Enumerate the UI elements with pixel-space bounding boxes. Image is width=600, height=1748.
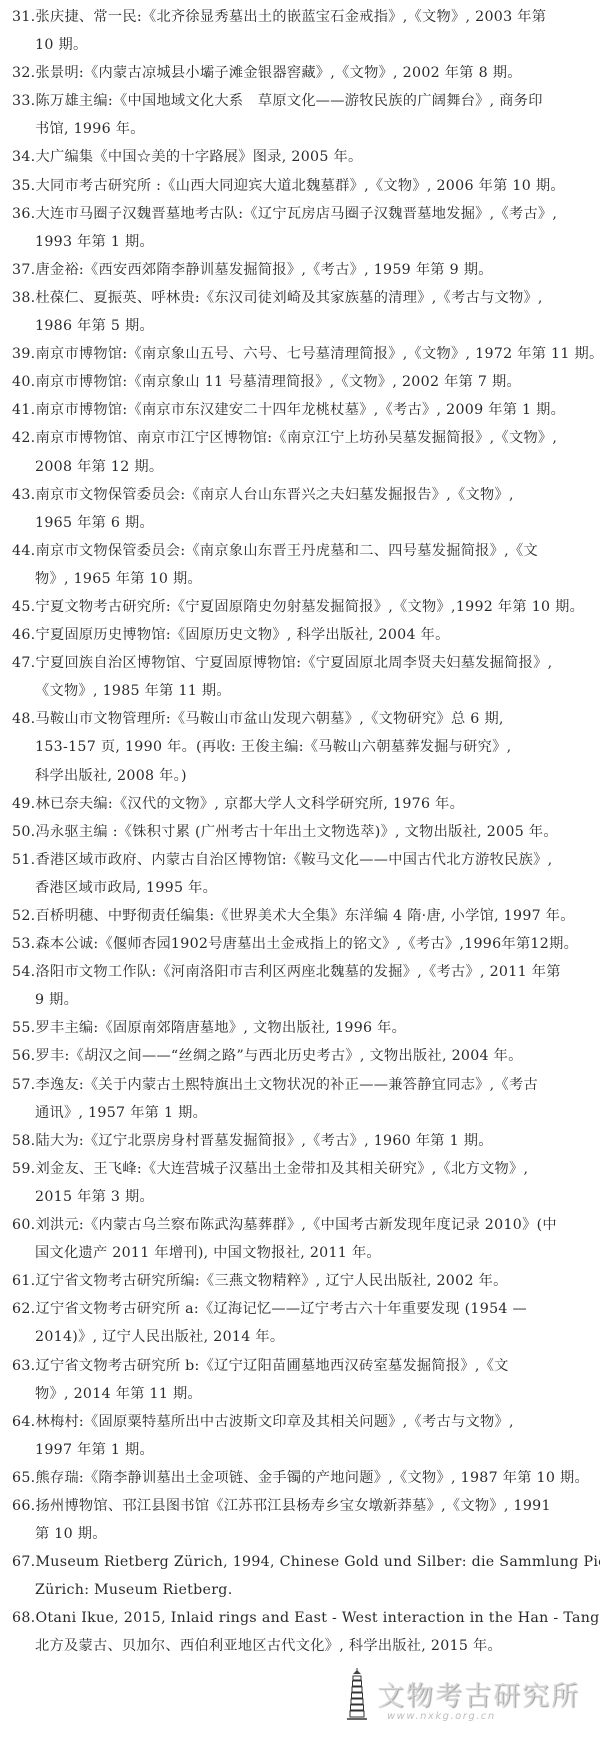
- reference-number: 34.: [12, 149, 35, 165]
- reference-text: 李逸友:《关于内蒙古土熙特旗出土文物状况的补正——兼答静宜同志》,《考古: [35, 1077, 537, 1093]
- reference-first-line: 32.张景明:《内蒙古凉城县小壩子滩金银器窖藏》,《文物》, 2002 年第 8…: [12, 59, 592, 87]
- reference-number: 31.: [12, 9, 35, 25]
- reference-first-line: 46.宁夏固原历史博物馆:《固原历史文物》, 科学出版社, 2004 年。: [12, 621, 592, 649]
- reference-item: 49.林已奈夫编:《汉代的文物》, 京都大学人文科学研究所, 1976 年。: [12, 790, 592, 818]
- reference-item: 43.南京市文物保管委员会:《南京人台山东晋兴之夫妇墓发掘报告》,《文物》,19…: [12, 481, 592, 537]
- reference-text: 南京市博物馆:《南京象山 11 号墓清理简报》,《文物》, 2002 年第 7 …: [35, 374, 521, 390]
- reference-list: 31.张庆捷、常一民:《北齐徐显秀墓出土的嵌蓝宝石金戒指》,《文物》, 2003…: [12, 3, 592, 1661]
- reference-number: 62.: [12, 1301, 35, 1317]
- reference-text: 书馆, 1996 年。: [35, 121, 145, 137]
- reference-continuation-line: 1986 年第 5 期。: [12, 312, 592, 340]
- reference-text: 1986 年第 5 期。: [35, 318, 154, 334]
- reference-first-line: 54.洛阳市文物工作队:《河南洛阳市吉利区两座北魏墓的发掘》,《考古》, 201…: [12, 958, 592, 986]
- reference-number: 64.: [12, 1414, 35, 1430]
- reference-first-line: 66.扬州博物馆、邗江县图书馆《江苏邗江县杨寿乡宝女墩新莽墓》,《文物》, 19…: [12, 1492, 592, 1520]
- reference-first-line: 34.大广编集《中国☆美的十字路展》图录, 2005 年。: [12, 143, 592, 171]
- reference-item: 35.大同市考古研究所 :《山西大同迎宾大道北魏墓群》,《文物》, 2006 年…: [12, 172, 592, 200]
- reference-first-line: 67.Museum Rietberg Zürich, 1994, Chinese…: [12, 1548, 592, 1576]
- reference-first-line: 41.南京市博物馆:《南京市东汉建安二十四年龙桃杖墓》,《考古》, 2009 年…: [12, 396, 592, 424]
- reference-item: 47.宁夏回族自治区博物馆、宁夏固原博物馆:《宁夏固原北周李贤夫妇墓发掘简报》,…: [12, 649, 592, 705]
- reference-text: 林已奈夫编:《汉代的文物》, 京都大学人文科学研究所, 1976 年。: [35, 796, 464, 812]
- reference-number: 60.: [12, 1217, 35, 1233]
- reference-item: 37.唐金裕:《西安西郊隋李静训墓发掘简报》,《考古》, 1959 年第 9 期…: [12, 256, 592, 284]
- reference-number: 32.: [12, 65, 35, 81]
- reference-number: 40.: [12, 374, 35, 390]
- watermark: 文物考古研究所 www.nxkg.org.cn: [347, 1668, 597, 1728]
- reference-text: 南京市文物保管委员会:《南京人台山东晋兴之夫妇墓发掘报告》,《文物》,: [35, 487, 513, 503]
- reference-first-line: 49.林已奈夫编:《汉代的文物》, 京都大学人文科学研究所, 1976 年。: [12, 790, 592, 818]
- reference-item: 36.大连市马圈子汉魏晋墓地考古队:《辽宁瓦房店马圈子汉魏晋墓地发掘》,《考古》…: [12, 200, 592, 256]
- reference-text: 物》, 2014 年第 11 期。: [35, 1386, 202, 1402]
- reference-text: 北方及蒙古、贝加尔、西伯利亚地区古代文化》, 科学出版社, 2015 年。: [35, 1638, 502, 1654]
- reference-text: 辽宁省文物考古研究所 a:《辽海记忆——辽宁考古六十年重要发现 (1954 —: [35, 1301, 527, 1317]
- reference-text: 宁夏回族自治区博物馆、宁夏固原博物馆:《宁夏固原北周李贤夫妇墓发掘简报》,: [35, 655, 552, 671]
- reference-first-line: 50.冯永驱主编 :《铢积寸累 (广州考古十年出土文物选萃)》, 文物出版社, …: [12, 818, 592, 846]
- reference-first-line: 53.森本公诚:《偃师杏园1902号唐墓出土金戒指上的铭文》,《考古》,1996…: [12, 930, 592, 958]
- reference-item: 52.百桥明穗、中野彻责任编集:《世界美术大全集》东洋编 4 隋·唐, 小学馆,…: [12, 902, 592, 930]
- reference-number: 42.: [12, 430, 35, 446]
- reference-text: 森本公诚:《偃师杏园1902号唐墓出土金戒指上的铭文》,《考古》,1996年第1…: [35, 936, 578, 952]
- reference-text: 1997 年第 1 期。: [35, 1442, 154, 1458]
- reference-continuation-line: 物》, 2014 年第 11 期。: [12, 1380, 592, 1408]
- reference-first-line: 55.罗丰主编:《固原南郊隋唐墓地》, 文物出版社, 1996 年。: [12, 1014, 592, 1042]
- reference-first-line: 47.宁夏回族自治区博物馆、宁夏固原博物馆:《宁夏固原北周李贤夫妇墓发掘简报》,: [12, 649, 592, 677]
- reference-item: 33.陈万雄主编:《中国地域文化大系 草原文化——游牧民族的广阔舞台》, 商务印…: [12, 87, 592, 143]
- reference-text: 香港区域市政府、内蒙古自治区博物馆:《鞍马文化——中国古代北方游牧民族》,: [35, 852, 552, 868]
- reference-item: 51.香港区域市政府、内蒙古自治区博物馆:《鞍马文化——中国古代北方游牧民族》,…: [12, 846, 592, 902]
- reference-number: 51.: [12, 852, 35, 868]
- reference-text: 1965 年第 6 期。: [35, 515, 154, 531]
- reference-number: 48.: [12, 711, 35, 727]
- reference-first-line: 42.南京市博物馆、南京市江宁区博物馆:《南京江宁上坊孙吴墓发掘简报》,《文物》…: [12, 424, 592, 452]
- reference-first-line: 59.刘金友、王飞峰:《大连营城子汉墓出土金带扣及其相关研究》,《北方文物》,: [12, 1155, 592, 1183]
- reference-number: 38.: [12, 290, 35, 306]
- reference-item: 63.辽宁省文物考古研究所 b:《辽宁辽阳苗圃墓地西汉砖室墓发掘简报》,《文物》…: [12, 1352, 592, 1408]
- reference-number: 43.: [12, 487, 35, 503]
- pagoda-icon: [347, 1668, 367, 1728]
- reference-text: 2014)》, 辽宁人民出版社, 2014 年。: [35, 1329, 284, 1345]
- reference-continuation-line: 2008 年第 12 期。: [12, 453, 592, 481]
- reference-item: 42.南京市博物馆、南京市江宁区博物馆:《南京江宁上坊孙吴墓发掘简报》,《文物》…: [12, 424, 592, 480]
- reference-text: 熊存瑞:《隋李静训墓出土金项链、金手镯的产地问题》,《文物》, 1987 年第 …: [35, 1470, 589, 1486]
- reference-number: 49.: [12, 796, 35, 812]
- reference-number: 67.: [12, 1554, 35, 1570]
- reference-first-line: 62.辽宁省文物考古研究所 a:《辽海记忆——辽宁考古六十年重要发现 (1954…: [12, 1295, 592, 1323]
- reference-first-line: 31.张庆捷、常一民:《北齐徐显秀墓出土的嵌蓝宝石金戒指》,《文物》, 2003…: [12, 3, 592, 31]
- reference-continuation-line: 北方及蒙古、贝加尔、西伯利亚地区古代文化》, 科学出版社, 2015 年。: [12, 1632, 592, 1660]
- reference-text: 2015 年第 3 期。: [35, 1189, 154, 1205]
- reference-continuation-line: 1965 年第 6 期。: [12, 509, 592, 537]
- reference-text: Zürich: Museum Rietberg.: [35, 1582, 233, 1598]
- reference-item: 45.宁夏文物考古研究所:《宁夏固原隋史勿射墓发掘简报》,《文物》,1992 年…: [12, 593, 592, 621]
- reference-continuation-line: 153-157 页, 1990 年。(再收: 王俊主编:《马鞍山六朝墓葬发掘与研…: [12, 733, 592, 761]
- reference-first-line: 60.刘洪元:《内蒙古乌兰察布陈武沟墓葬群》,《中国考古新发现年度记录 2010…: [12, 1211, 592, 1239]
- reference-first-line: 44.南京市文物保管委员会:《南京象山东晋王丹虎墓和二、四号墓发掘简报》,《文: [12, 537, 592, 565]
- reference-item: 44.南京市文物保管委员会:《南京象山东晋王丹虎墓和二、四号墓发掘简报》,《文物…: [12, 537, 592, 593]
- reference-text: 刘金友、王飞峰:《大连营城子汉墓出土金带扣及其相关研究》,《北方文物》,: [35, 1161, 528, 1177]
- reference-first-line: 48.马鞍山市文物管理所:《马鞍山市盆山发现六朝墓》,《文物研究》总 6 期,: [12, 705, 592, 733]
- reference-item: 62.辽宁省文物考古研究所 a:《辽海记忆——辽宁考古六十年重要发现 (1954…: [12, 1295, 592, 1351]
- reference-continuation-line: 1997 年第 1 期。: [12, 1436, 592, 1464]
- reference-continuation-line: 9 期。: [12, 986, 592, 1014]
- reference-first-line: 35.大同市考古研究所 :《山西大同迎宾大道北魏墓群》,《文物》, 2006 年…: [12, 172, 592, 200]
- reference-continuation-line: 科学出版社, 2008 年。): [12, 762, 592, 790]
- reference-text: 大广编集《中国☆美的十字路展》图录, 2005 年。: [35, 149, 362, 165]
- reference-item: 40.南京市博物馆:《南京象山 11 号墓清理简报》,《文物》, 2002 年第…: [12, 368, 592, 396]
- reference-number: 46.: [12, 627, 35, 643]
- reference-first-line: 43.南京市文物保管委员会:《南京人台山东晋兴之夫妇墓发掘报告》,《文物》,: [12, 481, 592, 509]
- reference-item: 61.辽宁省文物考古研究所编:《三燕文物精粹》, 辽宁人民出版社, 2002 年…: [12, 1267, 592, 1295]
- reference-number: 44.: [12, 543, 35, 559]
- reference-item: 39.南京市博物馆:《南京象山五号、六号、七号墓清理简报》,《文物》, 1972…: [12, 340, 592, 368]
- reference-text: Museum Rietberg Zürich, 1994, Chinese Go…: [35, 1554, 600, 1570]
- reference-first-line: 38.杜葆仁、夏振英、呼林贵:《东汉司徒刘崎及其家族墓的清理》,《考古与文物》,: [12, 284, 592, 312]
- reference-number: 41.: [12, 402, 35, 418]
- reference-item: 56.罗丰:《胡汉之间——“丝绸之路”与西北历史考古》, 文物出版社, 2004…: [12, 1042, 592, 1070]
- reference-number: 65.: [12, 1470, 35, 1486]
- reference-text: 杜葆仁、夏振英、呼林贵:《东汉司徒刘崎及其家族墓的清理》,《考古与文物》,: [35, 290, 542, 306]
- reference-first-line: 45.宁夏文物考古研究所:《宁夏固原隋史勿射墓发掘简报》,《文物》,1992 年…: [12, 593, 592, 621]
- reference-text: 宁夏文物考古研究所:《宁夏固原隋史勿射墓发掘简报》,《文物》,1992 年第 1…: [35, 599, 584, 615]
- reference-item: 41.南京市博物馆:《南京市东汉建安二十四年龙桃杖墓》,《考古》, 2009 年…: [12, 396, 592, 424]
- watermark-url: www.nxkg.org.cn: [387, 1711, 496, 1722]
- reference-number: 47.: [12, 655, 35, 671]
- reference-item: 38.杜葆仁、夏振英、呼林贵:《东汉司徒刘崎及其家族墓的清理》,《考古与文物》,…: [12, 284, 592, 340]
- reference-text: 唐金裕:《西安西郊隋李静训墓发掘简报》,《考古》, 1959 年第 9 期。: [35, 262, 492, 278]
- reference-item: 48.马鞍山市文物管理所:《马鞍山市盆山发现六朝墓》,《文物研究》总 6 期,1…: [12, 705, 592, 789]
- reference-number: 45.: [12, 599, 35, 615]
- reference-number: 36.: [12, 206, 35, 222]
- reference-number: 59.: [12, 1161, 35, 1177]
- reference-text: 大同市考古研究所 :《山西大同迎宾大道北魏墓群》,《文物》, 2006 年第 1…: [35, 178, 564, 194]
- reference-first-line: 57.李逸友:《关于内蒙古土熙特旗出土文物状况的补正——兼答静宜同志》,《考古: [12, 1071, 592, 1099]
- reference-text: 陆大为:《辽宁北票房身村晋墓发掘简报》,《考古》, 1960 年第 1 期。: [35, 1133, 492, 1149]
- reference-text: 冯永驱主编 :《铢积寸累 (广州考古十年出土文物选萃)》, 文物出版社, 200…: [35, 824, 557, 840]
- reference-continuation-line: 2015 年第 3 期。: [12, 1183, 592, 1211]
- reference-item: 55.罗丰主编:《固原南郊隋唐墓地》, 文物出版社, 1996 年。: [12, 1014, 592, 1042]
- reference-text: 物》, 1965 年第 10 期。: [35, 571, 202, 587]
- reference-text: 9 期。: [35, 992, 78, 1008]
- reference-number: 68.: [12, 1610, 35, 1626]
- reference-first-line: 64.林梅村:《固原粟特墓所出中古波斯文印章及其相关问题》,《考古与文物》,: [12, 1408, 592, 1436]
- reference-text: 第 10 期。: [35, 1526, 107, 1542]
- reference-first-line: 61.辽宁省文物考古研究所编:《三燕文物精粹》, 辽宁人民出版社, 2002 年…: [12, 1267, 592, 1295]
- reference-number: 61.: [12, 1273, 35, 1289]
- reference-text: 2008 年第 12 期。: [35, 459, 163, 475]
- watermark-title: 文物考古研究所: [377, 1674, 580, 1713]
- reference-first-line: 51.香港区域市政府、内蒙古自治区博物馆:《鞍马文化——中国古代北方游牧民族》,: [12, 846, 592, 874]
- reference-text: 张景明:《内蒙古凉城县小壩子滩金银器窖藏》,《文物》, 2002 年第 8 期。: [35, 65, 521, 81]
- reference-number: 52.: [12, 908, 35, 924]
- reference-text: 通讯》, 1957 年第 1 期。: [35, 1105, 207, 1121]
- reference-item: 67.Museum Rietberg Zürich, 1994, Chinese…: [12, 1548, 592, 1604]
- reference-first-line: 63.辽宁省文物考古研究所 b:《辽宁辽阳苗圃墓地西汉砖室墓发掘简报》,《文: [12, 1352, 592, 1380]
- reference-number: 66.: [12, 1498, 35, 1514]
- reference-number: 50.: [12, 824, 35, 840]
- reference-number: 39.: [12, 346, 35, 362]
- reference-item: 64.林梅村:《固原粟特墓所出中古波斯文印章及其相关问题》,《考古与文物》,19…: [12, 1408, 592, 1464]
- reference-item: 31.张庆捷、常一民:《北齐徐显秀墓出土的嵌蓝宝石金戒指》,《文物》, 2003…: [12, 3, 592, 59]
- reference-text: 罗丰主编:《固原南郊隋唐墓地》, 文物出版社, 1996 年。: [35, 1020, 406, 1036]
- reference-text: 马鞍山市文物管理所:《马鞍山市盆山发现六朝墓》,《文物研究》总 6 期,: [35, 711, 503, 727]
- reference-item: 65.熊存瑞:《隋李静训墓出土金项链、金手镯的产地问题》,《文物》, 1987 …: [12, 1464, 592, 1492]
- reference-text: 153-157 页, 1990 年。(再收: 王俊主编:《马鞍山六朝墓葬发掘与研…: [35, 739, 511, 755]
- reference-text: 张庆捷、常一民:《北齐徐显秀墓出土的嵌蓝宝石金戒指》,《文物》, 2003 年第: [35, 9, 546, 25]
- reference-continuation-line: 通讯》, 1957 年第 1 期。: [12, 1099, 592, 1127]
- reference-item: 46.宁夏固原历史博物馆:《固原历史文物》, 科学出版社, 2004 年。: [12, 621, 592, 649]
- reference-text: 刘洪元:《内蒙古乌兰察布陈武沟墓葬群》,《中国考古新发现年度记录 2010》(中: [35, 1217, 556, 1233]
- reference-text: 辽宁省文物考古研究所编:《三燕文物精粹》, 辽宁人民出版社, 2002 年。: [35, 1273, 507, 1289]
- reference-item: 60.刘洪元:《内蒙古乌兰察布陈武沟墓葬群》,《中国考古新发现年度记录 2010…: [12, 1211, 592, 1267]
- reference-first-line: 39.南京市博物馆:《南京象山五号、六号、七号墓清理简报》,《文物》, 1972…: [12, 340, 592, 368]
- reference-text: 南京市博物馆:《南京市东汉建安二十四年龙桃杖墓》,《考古》, 2009 年第 1…: [35, 402, 565, 418]
- reference-text: 1993 年第 1 期。: [35, 234, 154, 250]
- reference-item: 54.洛阳市文物工作队:《河南洛阳市吉利区两座北魏墓的发掘》,《考古》, 201…: [12, 958, 592, 1014]
- reference-first-line: 68.Otani Ikue, 2015, Inlaid rings and Ea…: [12, 1604, 592, 1632]
- reference-first-line: 58.陆大为:《辽宁北票房身村晋墓发掘简报》,《考古》, 1960 年第 1 期…: [12, 1127, 592, 1155]
- reference-item: 53.森本公诚:《偃师杏园1902号唐墓出土金戒指上的铭文》,《考古》,1996…: [12, 930, 592, 958]
- reference-continuation-line: 香港区域市政局, 1995 年。: [12, 874, 592, 902]
- reference-text: 香港区域市政局, 1995 年。: [35, 880, 217, 896]
- reference-text: Otani Ikue, 2015, Inlaid rings and East …: [35, 1610, 600, 1626]
- reference-text: 洛阳市文物工作队:《河南洛阳市吉利区两座北魏墓的发掘》,《考古》, 2011 年…: [35, 964, 560, 980]
- reference-text: 林梅村:《固原粟特墓所出中古波斯文印章及其相关问题》,《考古与文物》,: [35, 1414, 513, 1430]
- reference-text: 罗丰:《胡汉之间——“丝绸之路”与西北历史考古》, 文物出版社, 2004 年。: [35, 1048, 522, 1064]
- reference-number: 58.: [12, 1133, 35, 1149]
- reference-number: 35.: [12, 178, 35, 194]
- reference-continuation-line: 10 期。: [12, 31, 592, 59]
- reference-number: 57.: [12, 1077, 35, 1093]
- reference-text: 陈万雄主编:《中国地域文化大系 草原文化——游牧民族的广阔舞台》, 商务印: [35, 93, 542, 109]
- reference-text: 10 期。: [35, 37, 87, 53]
- reference-item: 57.李逸友:《关于内蒙古土熙特旗出土文物状况的补正——兼答静宜同志》,《考古通…: [12, 1071, 592, 1127]
- reference-text: 百桥明穗、中野彻责任编集:《世界美术大全集》东洋编 4 隋·唐, 小学馆, 19…: [35, 908, 574, 924]
- reference-continuation-line: 2014)》, 辽宁人民出版社, 2014 年。: [12, 1323, 592, 1351]
- reference-first-line: 56.罗丰:《胡汉之间——“丝绸之路”与西北历史考古》, 文物出版社, 2004…: [12, 1042, 592, 1070]
- reference-first-line: 37.唐金裕:《西安西郊隋李静训墓发掘简报》,《考古》, 1959 年第 9 期…: [12, 256, 592, 284]
- reference-text: 南京市博物馆:《南京象山五号、六号、七号墓清理简报》,《文物》, 1972 年第…: [35, 346, 600, 362]
- reference-number: 63.: [12, 1358, 35, 1374]
- reference-continuation-line: 第 10 期。: [12, 1520, 592, 1548]
- reference-number: 33.: [12, 93, 35, 109]
- reference-text: 大连市马圈子汉魏晋墓地考古队:《辽宁瓦房店马圈子汉魏晋墓地发掘》,《考古》,: [35, 206, 557, 222]
- reference-continuation-line: 书馆, 1996 年。: [12, 115, 592, 143]
- reference-number: 55.: [12, 1020, 35, 1036]
- reference-item: 34.大广编集《中国☆美的十字路展》图录, 2005 年。: [12, 143, 592, 171]
- reference-text: 南京市博物馆、南京市江宁区博物馆:《南京江宁上坊孙吴墓发掘简报》,《文物》,: [35, 430, 557, 446]
- reference-first-line: 33.陈万雄主编:《中国地域文化大系 草原文化——游牧民族的广阔舞台》, 商务印: [12, 87, 592, 115]
- reference-number: 37.: [12, 262, 35, 278]
- reference-text: 科学出版社, 2008 年。): [35, 768, 187, 784]
- reference-continuation-line: 物》, 1965 年第 10 期。: [12, 565, 592, 593]
- reference-item: 59.刘金友、王飞峰:《大连营城子汉墓出土金带扣及其相关研究》,《北方文物》,2…: [12, 1155, 592, 1211]
- reference-item: 66.扬州博物馆、邗江县图书馆《江苏邗江县杨寿乡宝女墩新莽墓》,《文物》, 19…: [12, 1492, 592, 1548]
- reference-continuation-line: Zürich: Museum Rietberg.: [12, 1576, 592, 1604]
- reference-text: 宁夏固原历史博物馆:《固原历史文物》, 科学出版社, 2004 年。: [35, 627, 449, 643]
- reference-first-line: 36.大连市马圈子汉魏晋墓地考古队:《辽宁瓦房店马圈子汉魏晋墓地发掘》,《考古》…: [12, 200, 592, 228]
- reference-number: 54.: [12, 964, 35, 980]
- reference-number: 56.: [12, 1048, 35, 1064]
- reference-item: 50.冯永驱主编 :《铢积寸累 (广州考古十年出土文物选萃)》, 文物出版社, …: [12, 818, 592, 846]
- reference-item: 68.Otani Ikue, 2015, Inlaid rings and Ea…: [12, 1604, 592, 1660]
- reference-first-line: 65.熊存瑞:《隋李静训墓出土金项链、金手镯的产地问题》,《文物》, 1987 …: [12, 1464, 592, 1492]
- reference-text: 辽宁省文物考古研究所 b:《辽宁辽阳苗圃墓地西汉砖室墓发掘简报》,《文: [35, 1358, 508, 1374]
- reference-continuation-line: 国文化遗产 2011 年增刊), 中国文物报社, 2011 年。: [12, 1239, 592, 1267]
- reference-first-line: 52.百桥明穗、中野彻责任编集:《世界美术大全集》东洋编 4 隋·唐, 小学馆,…: [12, 902, 592, 930]
- reference-item: 32.张景明:《内蒙古凉城县小壩子滩金银器窖藏》,《文物》, 2002 年第 8…: [12, 59, 592, 87]
- reference-first-line: 40.南京市博物馆:《南京象山 11 号墓清理简报》,《文物》, 2002 年第…: [12, 368, 592, 396]
- reference-continuation-line: 《文物》, 1985 年第 11 期。: [12, 677, 592, 705]
- reference-text: 《文物》, 1985 年第 11 期。: [35, 683, 231, 699]
- reference-item: 58.陆大为:《辽宁北票房身村晋墓发掘简报》,《考古》, 1960 年第 1 期…: [12, 1127, 592, 1155]
- reference-continuation-line: 1993 年第 1 期。: [12, 228, 592, 256]
- reference-text: 南京市文物保管委员会:《南京象山东晋王丹虎墓和二、四号墓发掘简报》,《文: [35, 543, 537, 559]
- reference-number: 53.: [12, 936, 35, 952]
- reference-text: 扬州博物馆、邗江县图书馆《江苏邗江县杨寿乡宝女墩新莽墓》,《文物》, 1991: [35, 1498, 550, 1514]
- reference-text: 国文化遗产 2011 年增刊), 中国文物报社, 2011 年。: [35, 1245, 381, 1261]
